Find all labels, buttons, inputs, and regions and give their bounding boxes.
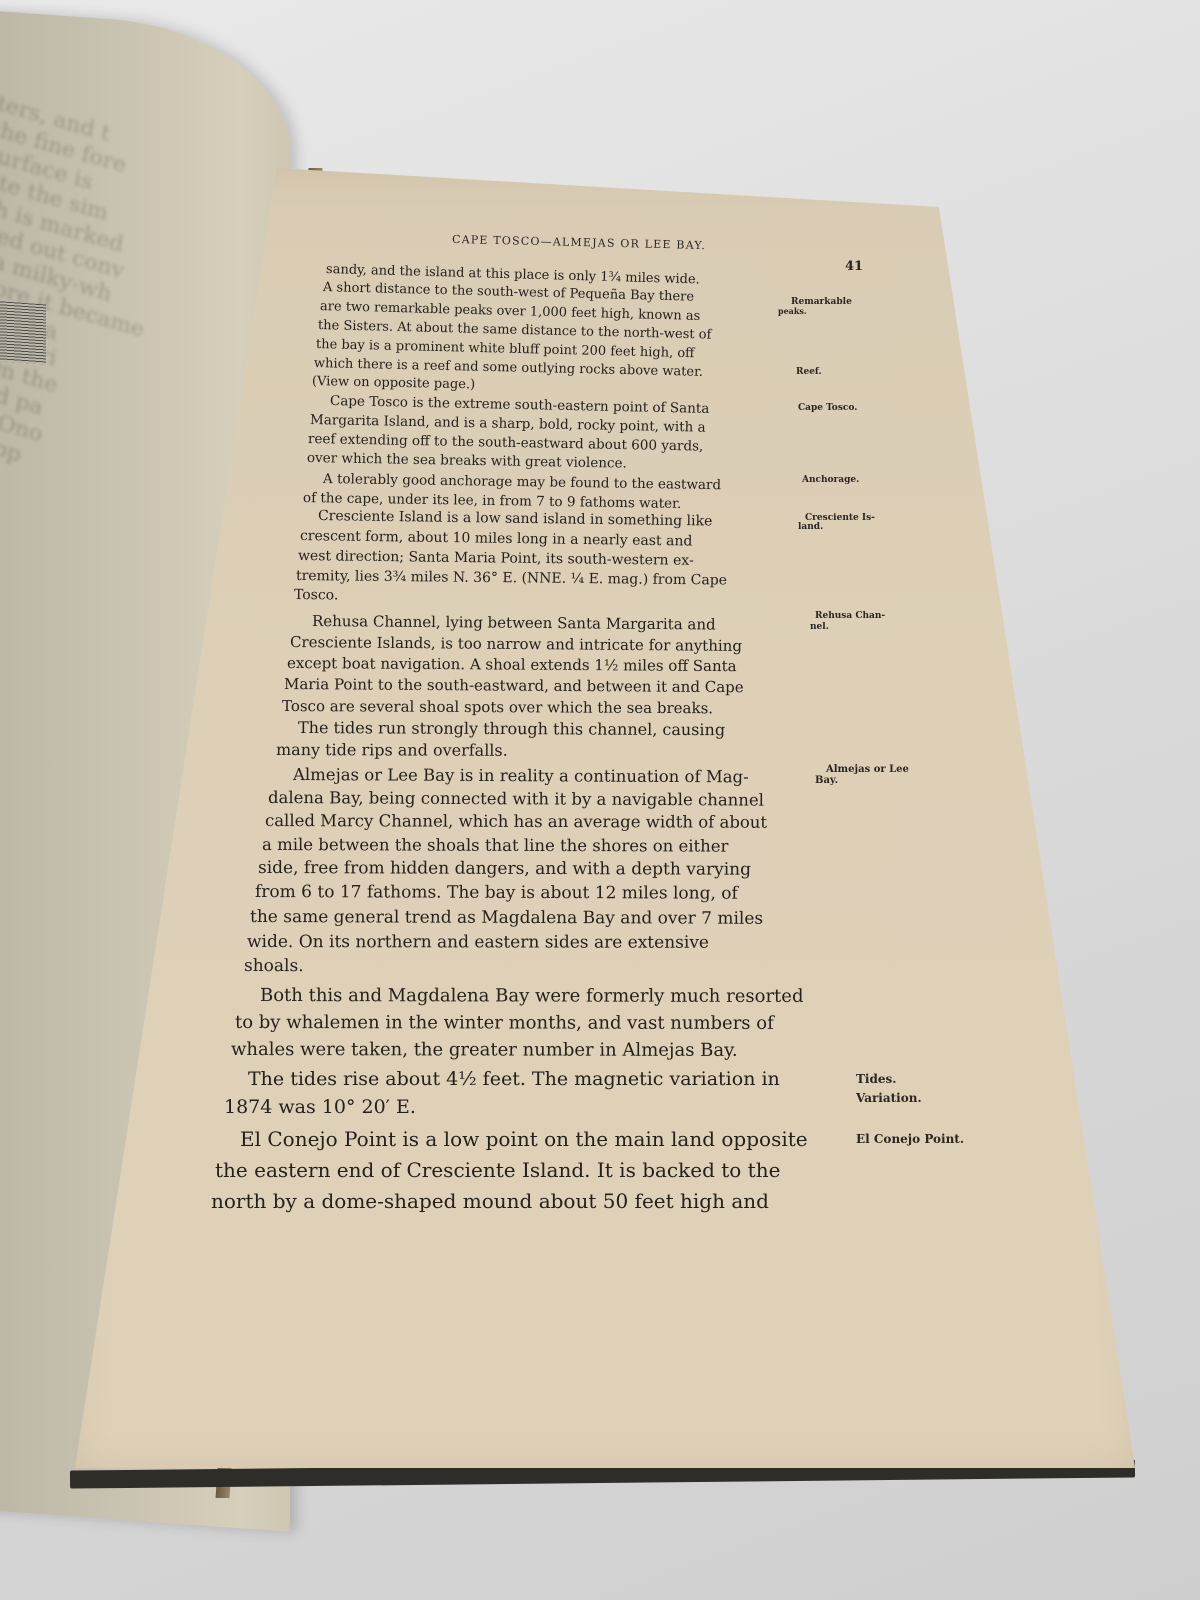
text-line: from 6 to 17 fathoms. The bay is about 1… [255, 882, 738, 904]
margin-note: Bay. [815, 775, 838, 786]
text-line: tremity, lies 3¾ miles N. 36° E. (NNE. ¼… [296, 568, 727, 589]
text-line: a mile between the shoals that line the … [262, 835, 729, 856]
margin-note: nel. [810, 622, 829, 632]
text-line: north by a dome-shaped mound about 50 fe… [211, 1189, 769, 1213]
text-line: The tides run strongly through this chan… [298, 718, 725, 739]
text-line: west direction; Santa Maria Point, its s… [298, 548, 694, 569]
text-line: whales were taken, the greater number in… [231, 1039, 738, 1061]
margin-note: El Conejo Point. [856, 1132, 964, 1146]
margin-note: Almejas or Lee [826, 764, 909, 775]
running-head: CAPE TOSCO—ALMEJAS OR LEE BAY. [452, 233, 706, 252]
margin-note: land. [798, 522, 823, 532]
margin-note: Anchorage. [802, 475, 859, 485]
text-line: Almejas or Lee Bay is in reality a conti… [293, 765, 749, 786]
text-line: Maria Point to the south-eastward, and b… [284, 675, 744, 696]
text-line: many tide rips and overfalls. [276, 740, 508, 760]
text-line: A tolerably good anchorage may be found … [323, 471, 721, 493]
text-line: wide. On its northern and eastern sides … [247, 932, 709, 953]
text-line: The tides rise about 4½ feet. The magnet… [248, 1068, 780, 1090]
text-line: except boat navigation. A shoal extends … [287, 654, 737, 675]
text-line: over which the sea breaks with great vio… [307, 450, 627, 472]
text-line: (View on opposite page.) [312, 374, 475, 392]
text-line: Tosco. [294, 587, 339, 603]
page-number: 41 [845, 259, 863, 274]
margin-note: Cape Tosco. [798, 403, 857, 413]
margin-note: Reef. [796, 367, 822, 377]
margin-note: peaks. [778, 306, 807, 316]
text-line: the same general trend as Magdalena Bay … [250, 907, 763, 929]
margin-note: Tides. [856, 1072, 896, 1086]
page-text-layer: CAPE TOSCO—ALMEJAS OR LEE BAY. 41 sandy,… [0, 0, 1200, 1600]
text-line: Tosco are several shoal spots over which… [282, 697, 713, 717]
text-line: 1874 was 10° 20′ E. [224, 1096, 416, 1118]
text-line: Both this and Magdalena Bay were formerl… [260, 985, 804, 1007]
text-line: Rehusa Channel, lying between Santa Marg… [312, 612, 716, 634]
text-line: called Marcy Channel, which has an avera… [265, 811, 767, 832]
margin-note: Rehusa Chan- [815, 611, 885, 621]
text-line: crescent form, about 10 miles long in a … [300, 528, 693, 549]
text-line: Cresciente Islands, is too narrow and in… [290, 633, 742, 655]
text-line: shoals. [244, 956, 304, 976]
text-line: El Conejo Point is a low point on the ma… [240, 1127, 808, 1151]
text-line: the eastern end of Cresciente Island. It… [215, 1158, 780, 1182]
text-line: to by whalemen in the winter months, and… [235, 1012, 774, 1034]
text-line: dalena Bay, being connected with it by a… [268, 788, 764, 810]
text-line: side, free from hidden dangers, and with… [258, 858, 751, 880]
margin-note: Variation. [856, 1091, 922, 1105]
